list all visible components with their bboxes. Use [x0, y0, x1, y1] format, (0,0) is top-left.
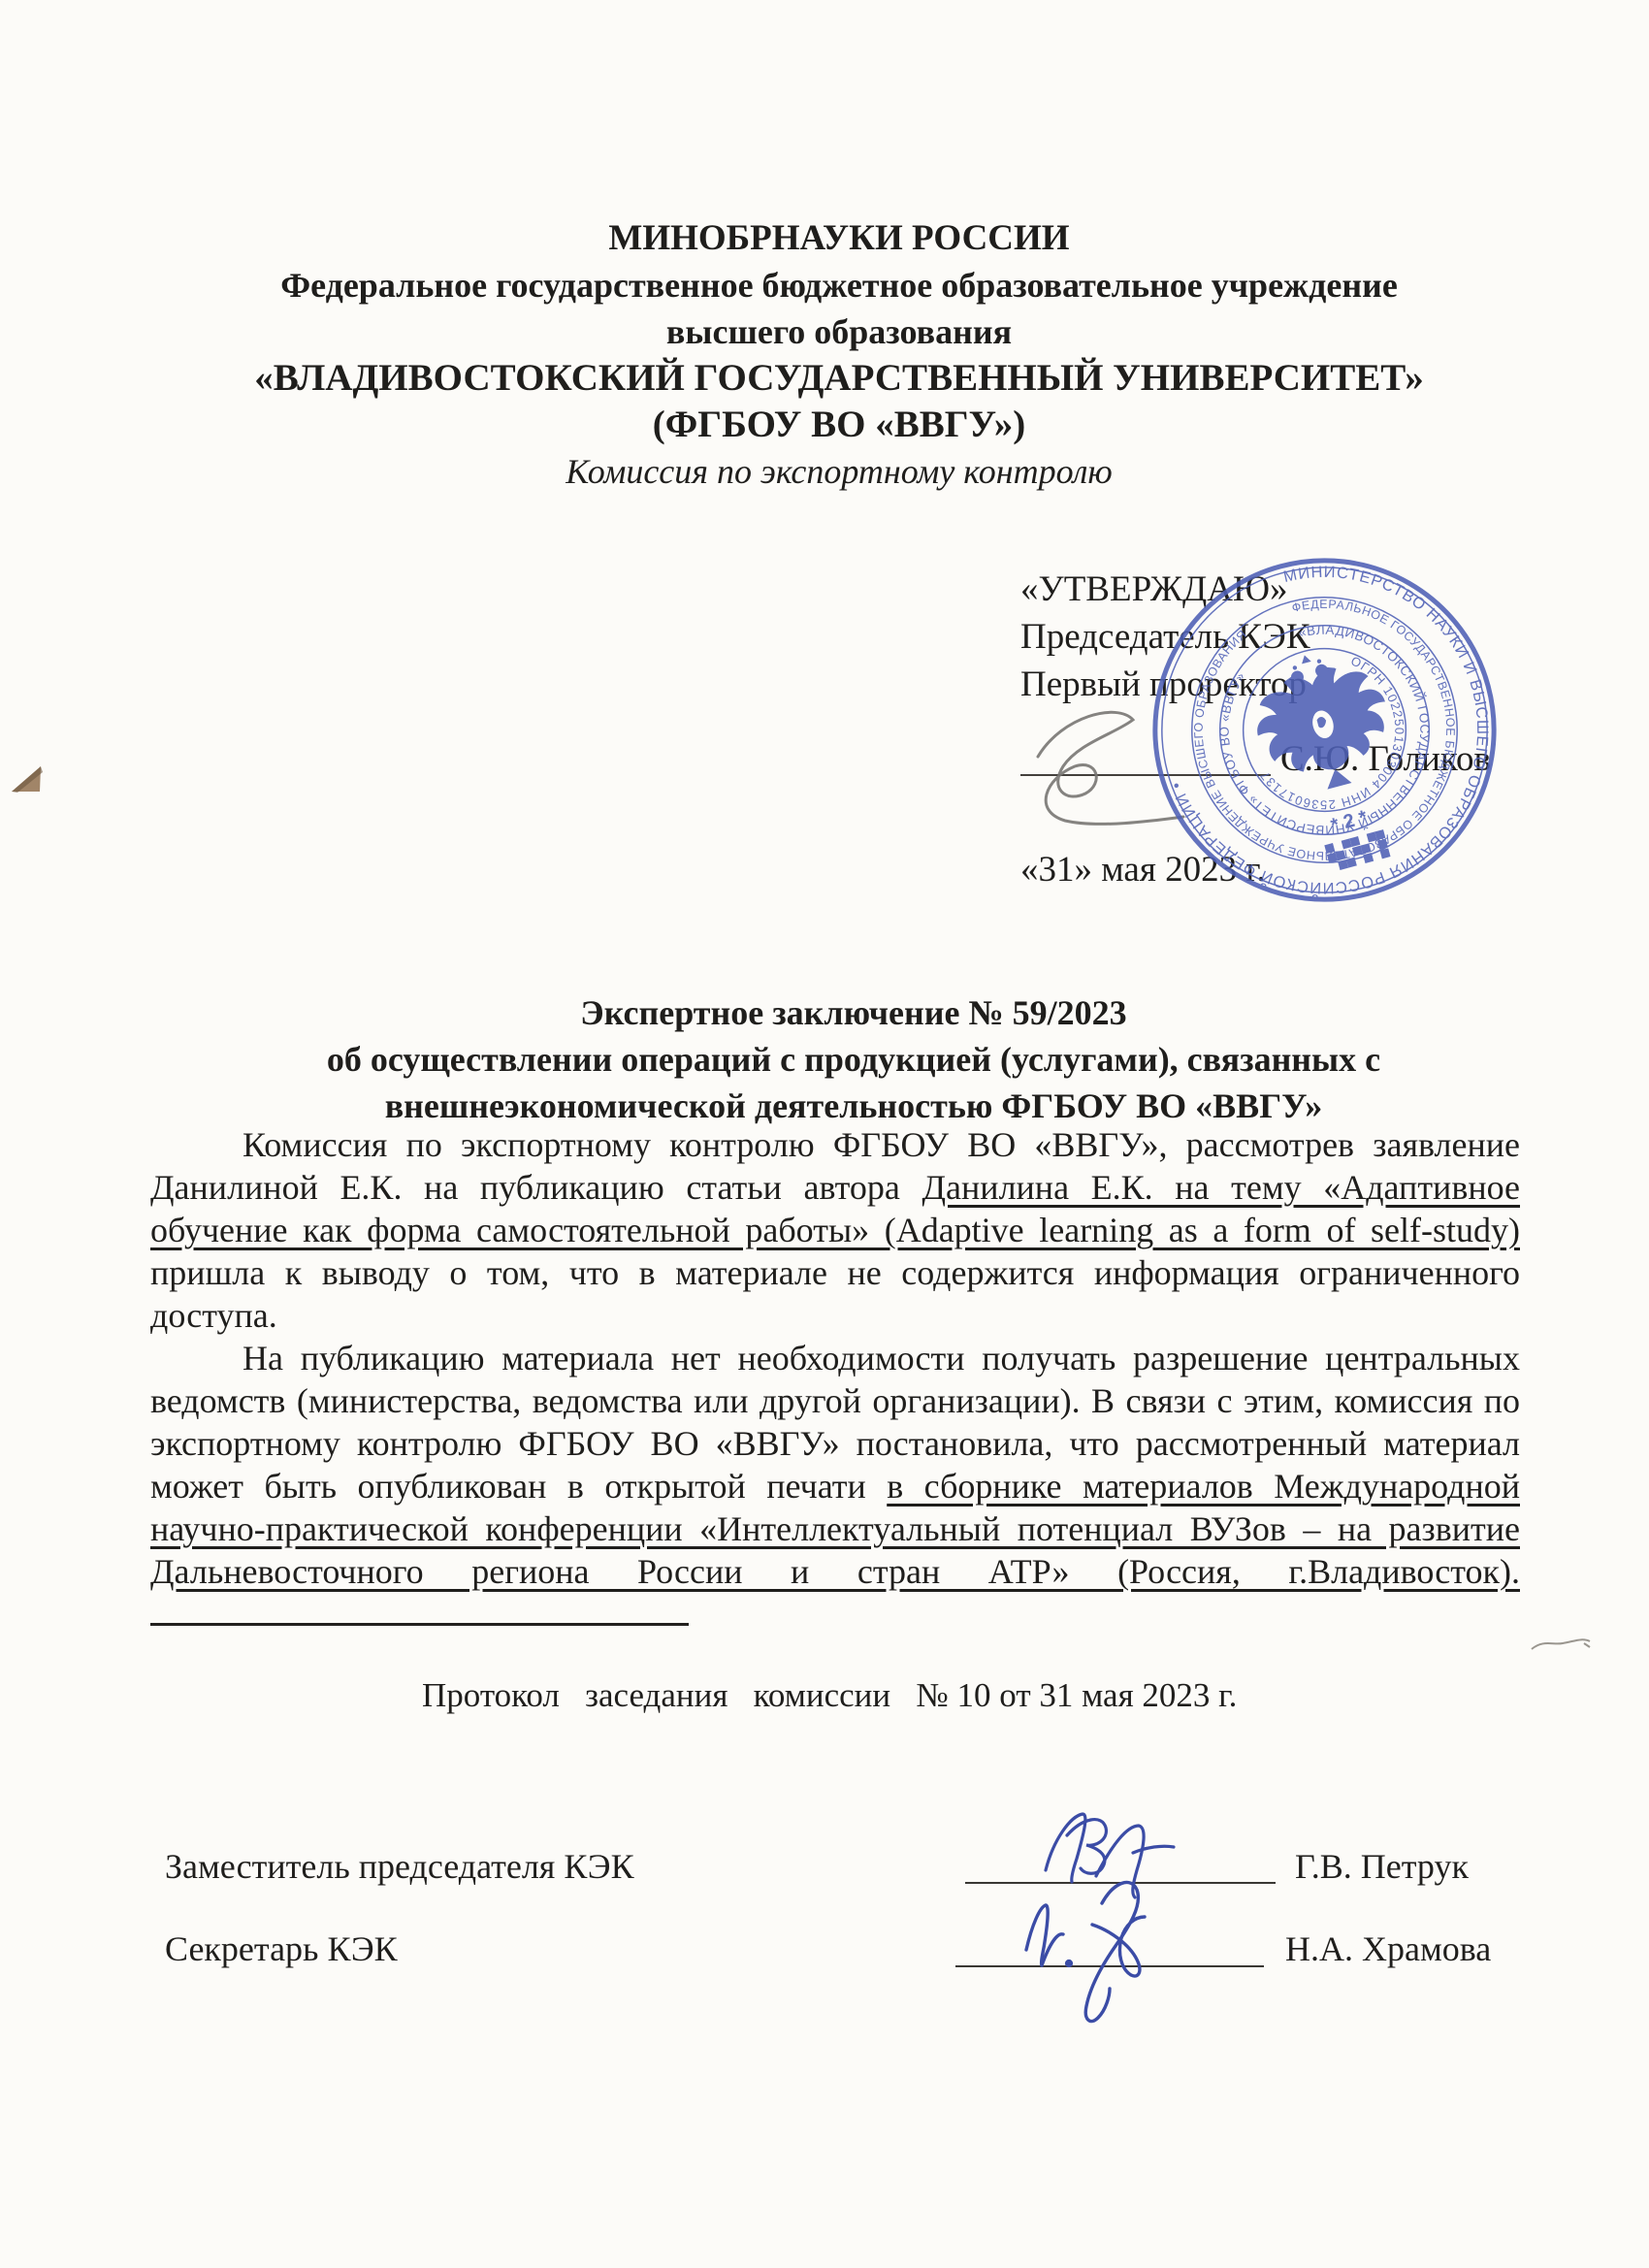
title-line-subject-1: об осуществлении операций с продукцией (… — [194, 1036, 1513, 1083]
signature-line-deputy — [965, 1882, 1276, 1884]
fill-in-blank-line — [150, 1593, 689, 1626]
title-line-number: Экспертное заключение № 59/2023 — [194, 989, 1513, 1036]
org-name-line-1: Федеральное государственное бюджетное об… — [145, 262, 1533, 308]
signer-role-secretary: Секретарь КЭК — [165, 1928, 398, 1969]
scan-artifact-pencil-mark — [1528, 1630, 1596, 1659]
protocol-reference: Протокол заседания комиссии № 10 от 31 м… — [422, 1676, 1237, 1715]
document-header: МИНОБРНАУКИ РОССИИ Федеральное государст… — [145, 215, 1533, 495]
signer-name-deputy: Г.В. Петрук — [1295, 1846, 1469, 1887]
signature-line-secretary — [955, 1965, 1264, 1967]
signer-role-deputy: Заместитель председателя КЭК — [165, 1846, 634, 1887]
university-name: «ВЛАДИВОСТОКСКИЙ ГОСУДАРСТВЕННЫЙ УНИВЕРС… — [145, 355, 1533, 402]
p1-text-end: пришла к выводу о том, что в материале н… — [150, 1253, 1520, 1335]
org-name-line-2: высшего образования — [145, 308, 1533, 355]
scan-artifact-arrow — [10, 762, 48, 799]
deputy-handwritten-signature — [1028, 1802, 1222, 1909]
paragraph-2: На публикацию материала нет необходимост… — [150, 1337, 1520, 1636]
ministry-name: МИНОБРНАУКИ РОССИИ — [145, 215, 1533, 262]
university-abbreviation: (ФГБОУ ВО «ВВГУ») — [145, 402, 1533, 448]
document-body: Комиссия по экспортному контролю ФГБОУ В… — [150, 1123, 1520, 1636]
signer-name-secretary: Н.А. Храмова — [1285, 1928, 1491, 1969]
university-seal-stamp: МИНИСТЕРСТВО НАУКИ И ВЫСШЕГО ОБРАЗОВАНИЯ… — [1104, 509, 1545, 951]
document-title: Экспертное заключение № 59/2023 об осуще… — [194, 989, 1513, 1129]
secretary-handwritten-signature — [1009, 1874, 1212, 2039]
paragraph-1: Комиссия по экспортному контролю ФГБОУ В… — [150, 1123, 1520, 1337]
title-line-subject-2: внешнеэкономической деятельностью ФГБОУ … — [194, 1083, 1513, 1129]
document-page: МИНОБРНАУКИ РОССИИ Федеральное государст… — [0, 0, 1649, 2268]
commission-name: Комиссия по экспортному контролю — [145, 448, 1533, 495]
